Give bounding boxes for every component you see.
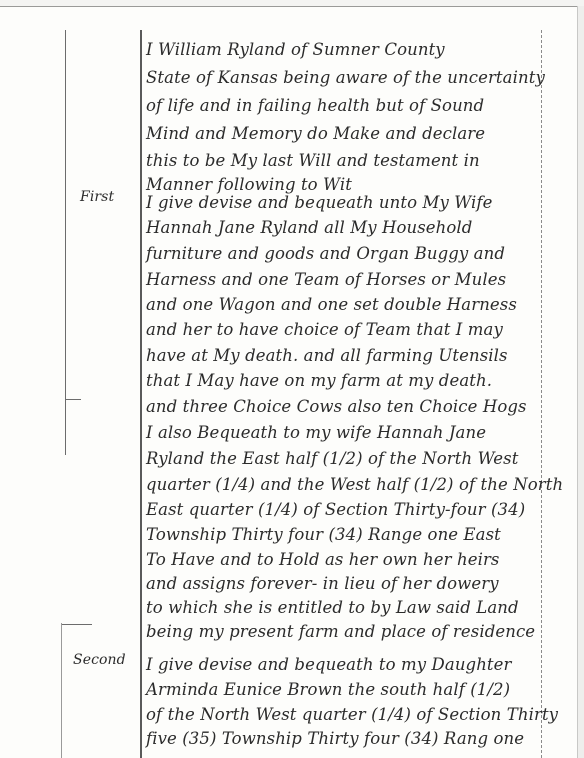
text-column-rule <box>140 30 142 758</box>
will-line: five (35) Township Thirty four (34) Rang… <box>146 729 524 749</box>
scanned-document-page: First Second I William Ryland of Sumner … <box>0 0 584 758</box>
will-line: To Have and to Hold as her own her heirs <box>146 550 500 570</box>
will-line: I also Bequeath to my wife Hannah Jane <box>146 423 486 443</box>
will-line: being my present farm and place of resid… <box>146 622 535 642</box>
will-line: that I May have on my farm at my death. <box>146 371 492 391</box>
margin-rule-upper-end <box>65 399 81 400</box>
will-line: I give devise and bequeath to my Daughte… <box>146 655 512 675</box>
will-line: and three Choice Cows also ten Choice Ho… <box>146 397 527 417</box>
will-line: Township Thirty four (34) Range one East <box>146 525 501 545</box>
will-line: Harness and one Team of Horses or Mules <box>146 270 506 290</box>
will-line: Hannah Jane Ryland all My Household <box>146 218 472 238</box>
will-line: Mind and Memory do Make and declare <box>146 124 485 144</box>
will-line: of life and in failing health but of Sou… <box>146 96 484 116</box>
section-label-first: First <box>80 188 114 206</box>
will-line: East quarter (1/4) of Section Thirty-fou… <box>146 500 525 520</box>
margin-rule-upper <box>65 30 66 455</box>
will-line: I give devise and bequeath unto My Wife <box>146 193 492 213</box>
margin-rule-lower <box>61 623 62 758</box>
will-line: State of Kansas being aware of the uncer… <box>146 68 545 88</box>
will-line: Arminda Eunice Brown the south half (1/2… <box>146 680 510 700</box>
will-line: this to be My last Will and testament in <box>146 151 480 171</box>
will-line: have at My death. and all farming Utensi… <box>146 346 508 366</box>
margin-rule-lower-start <box>62 624 92 625</box>
will-line: to which she is entitled to by Law said … <box>146 598 519 618</box>
will-line: quarter (1/4) and the West half (1/2) of… <box>146 475 563 495</box>
will-line: and her to have choice of Team that I ma… <box>146 320 503 340</box>
right-margin-rule <box>541 30 542 758</box>
will-line: and one Wagon and one set double Harness <box>146 295 517 315</box>
will-line: of the North West quarter (1/4) of Secti… <box>146 705 558 725</box>
section-label-second: Second <box>73 651 126 669</box>
will-line: furniture and goods and Organ Buggy and <box>146 244 505 264</box>
scanner-right-edge <box>577 6 584 758</box>
will-line: Manner following to Wit <box>146 175 352 195</box>
scanner-top-edge <box>0 0 584 7</box>
will-line: Ryland the East half (1/2) of the North … <box>146 449 518 469</box>
will-line: I William Ryland of Sumner County <box>146 40 445 60</box>
will-line: and assigns forever- in lieu of her dowe… <box>146 574 499 594</box>
